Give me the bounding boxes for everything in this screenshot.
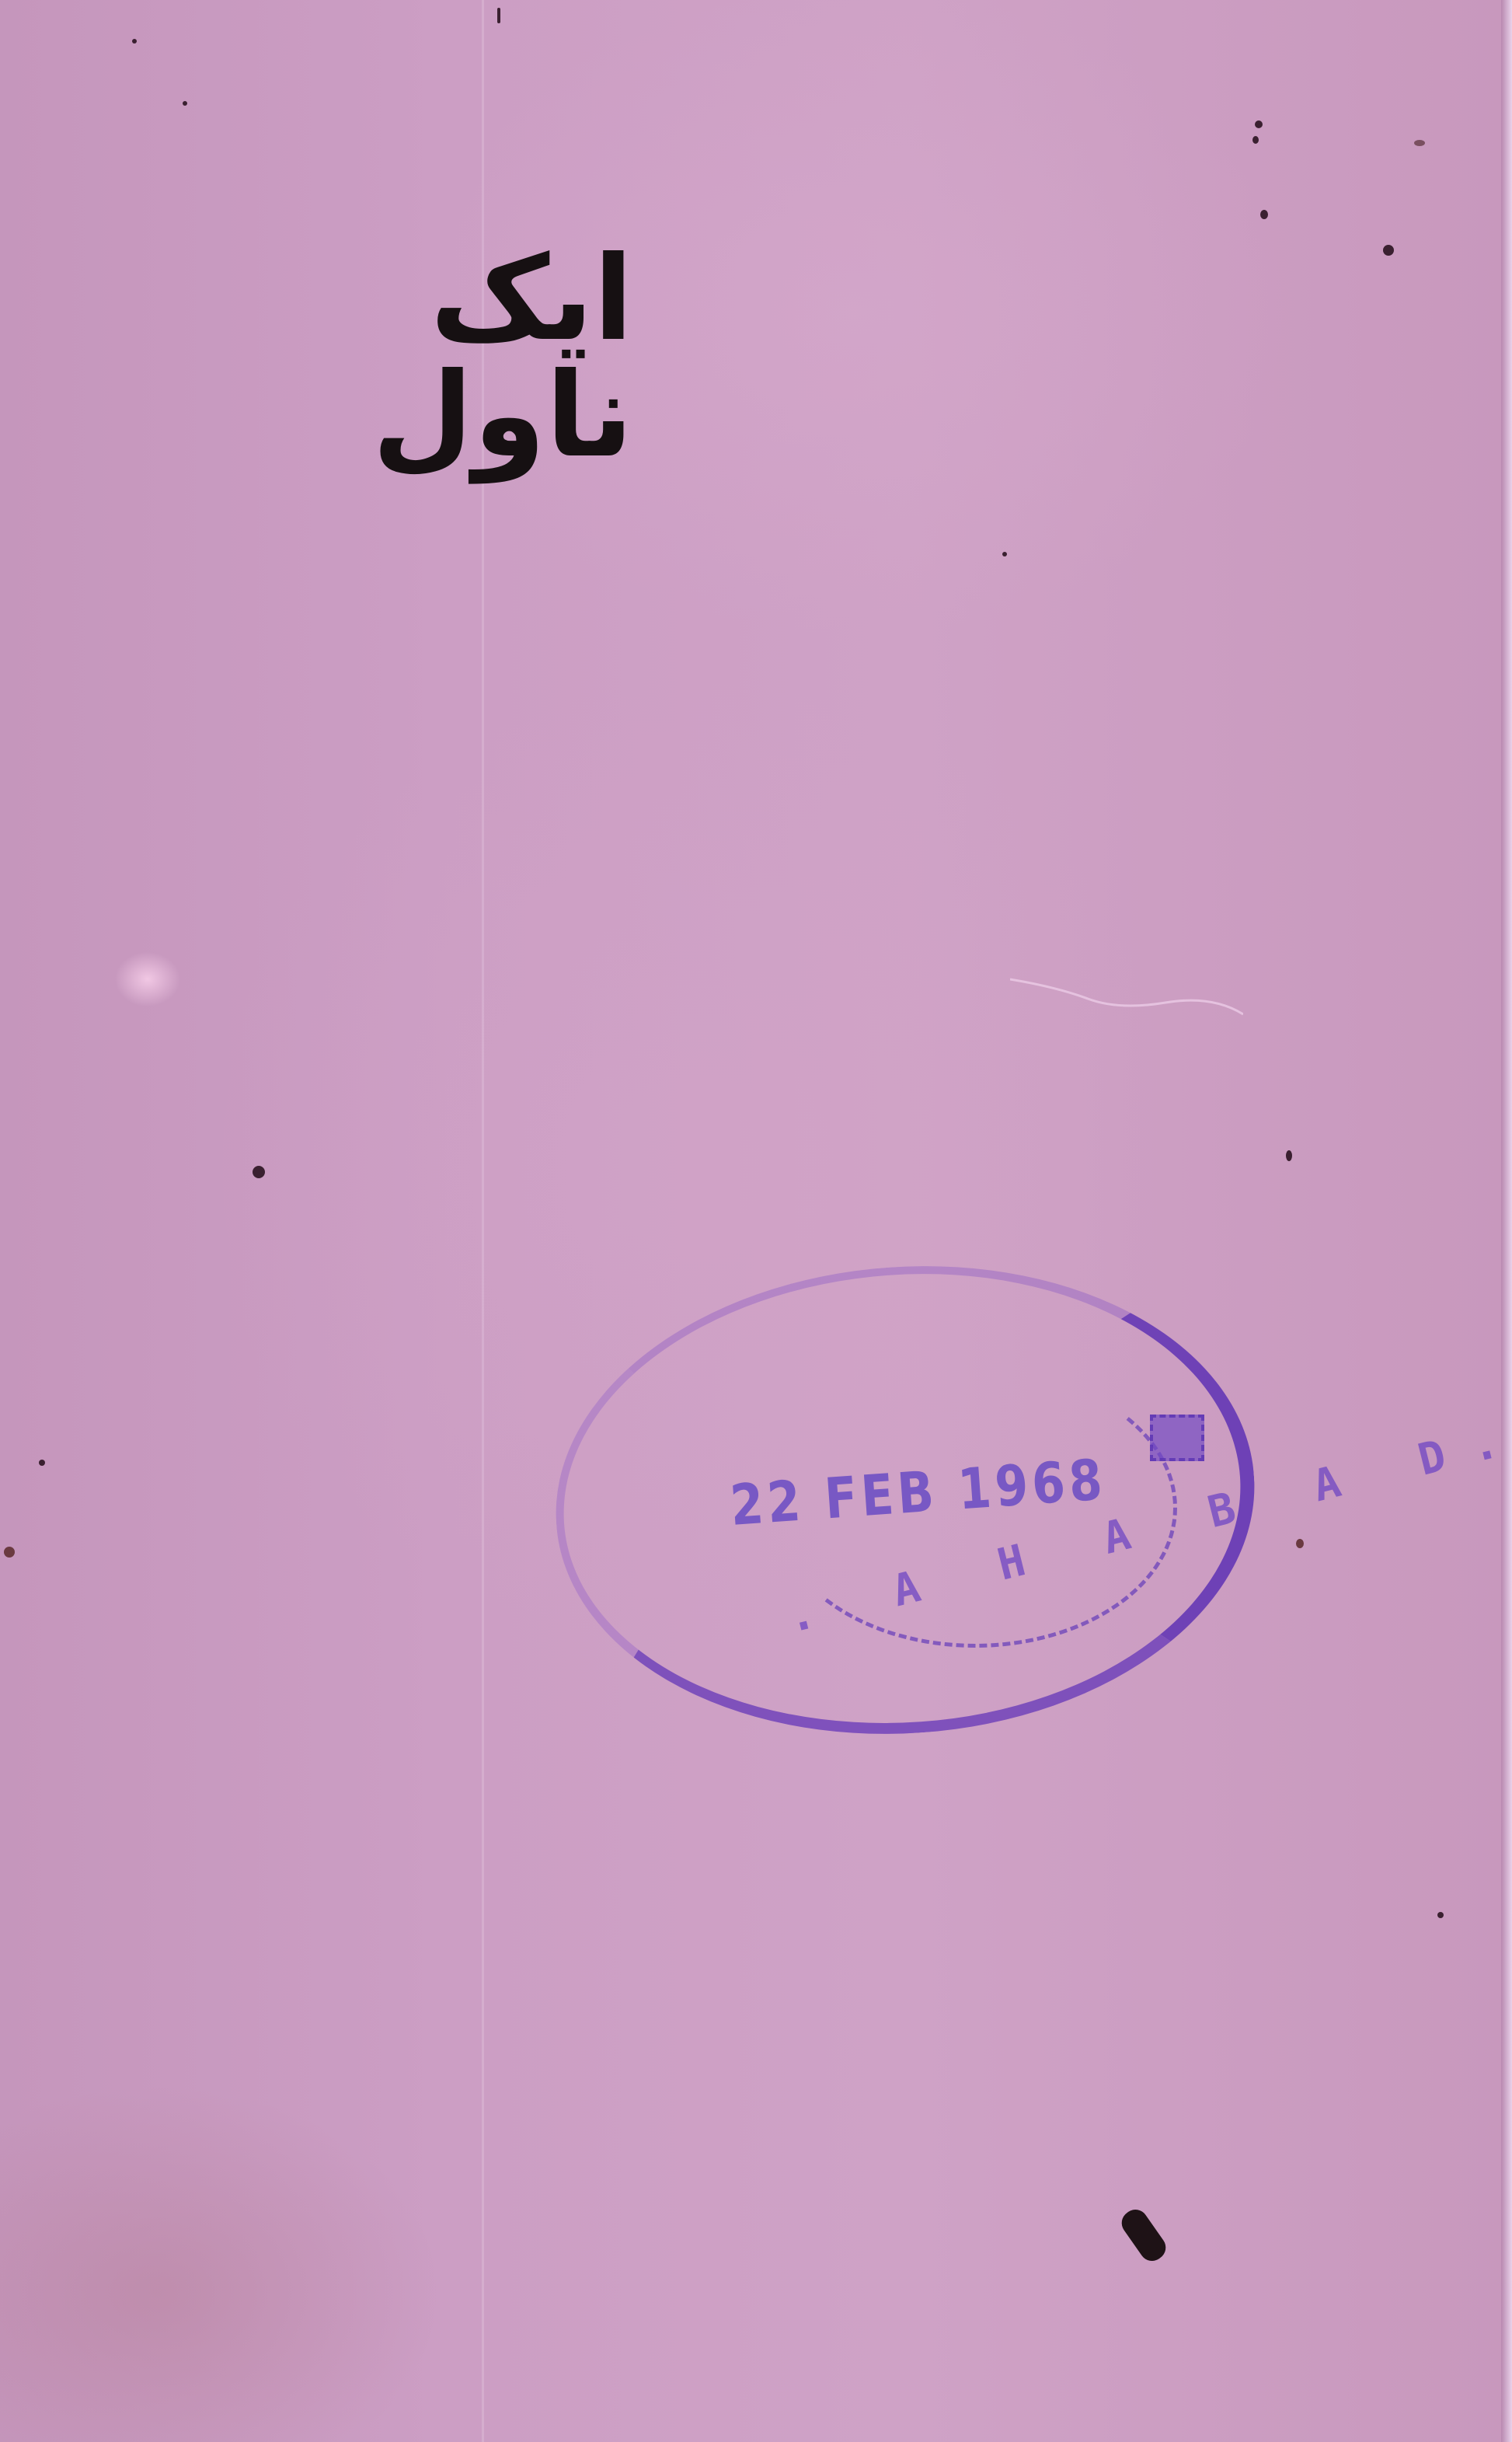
speck — [1414, 140, 1425, 146]
speck — [132, 39, 137, 44]
speck — [4, 1547, 15, 1558]
speck — [1383, 245, 1394, 256]
library-date-stamp: 22 FEB 1968 . A H A B A D. — [556, 1267, 1255, 1733]
speck — [1260, 210, 1268, 219]
speck — [1286, 1150, 1292, 1161]
speck — [39, 1460, 45, 1466]
speck — [183, 101, 187, 106]
speck — [1002, 552, 1007, 556]
speck — [253, 1166, 265, 1178]
ink-blot — [1117, 2205, 1170, 2266]
page-title: ایک ناول — [167, 256, 633, 459]
scanned-page: ایک ناول 22 FEB 1968 . A H A B A D. — [0, 0, 1512, 2442]
page-edge — [1501, 0, 1512, 2442]
speck — [1296, 1539, 1304, 1548]
stamp-emblem-icon — [1150, 1415, 1204, 1461]
speck — [1252, 136, 1259, 144]
speck — [1437, 1912, 1444, 1918]
paper-crease — [1010, 972, 1243, 1018]
speck — [1255, 120, 1263, 128]
speck — [497, 8, 500, 23]
